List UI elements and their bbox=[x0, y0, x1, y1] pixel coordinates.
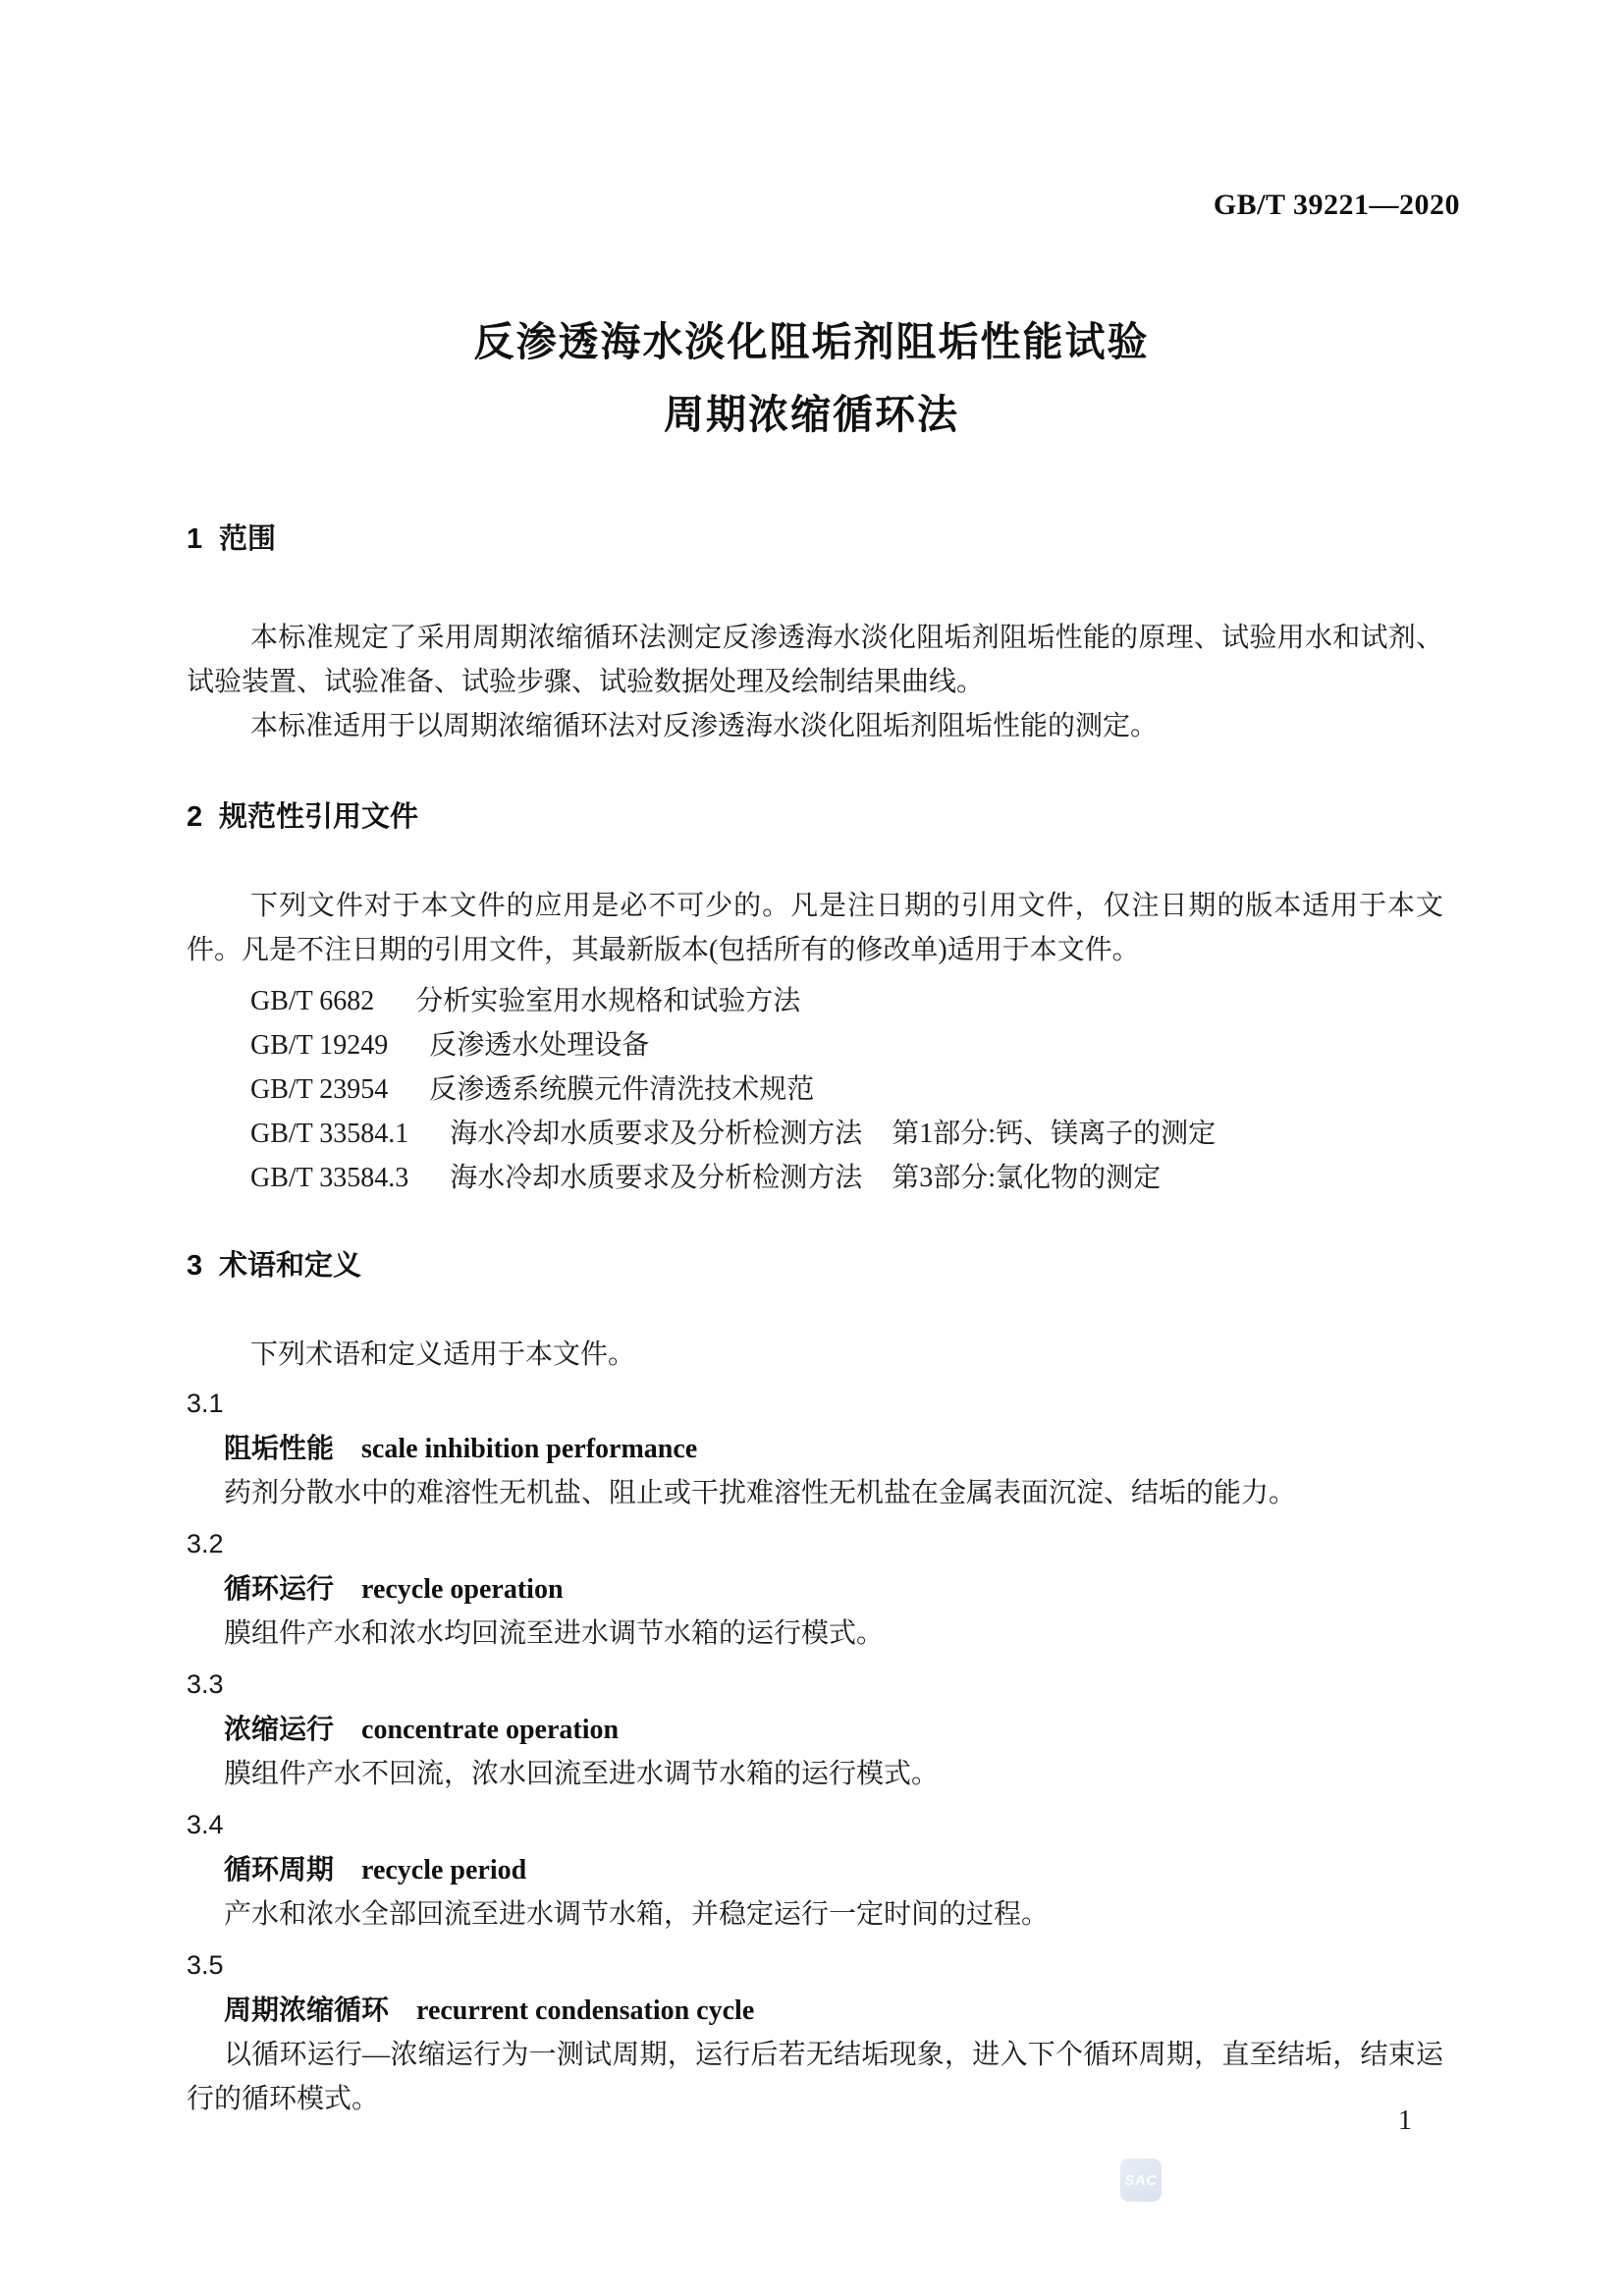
reference-title: 反渗透水处理设备 bbox=[429, 1030, 649, 1061]
sac-logo: SAC bbox=[1120, 2159, 1162, 2202]
term-name-english: scale inhibition performance bbox=[361, 1434, 697, 1464]
term-name: 浓缩运行concentrate operation bbox=[187, 1707, 1443, 1752]
term-name-chinese: 循环运行 bbox=[224, 1573, 334, 1604]
term-definition: 以循环运行—浓缩运行为一测试周期，运行后若无结垢现象，进入下个循环周期，直至结垢… bbox=[187, 2033, 1443, 2121]
term-number: 3.2 bbox=[187, 1522, 1443, 1566]
document-title-line2: 周期浓缩循环法 bbox=[0, 391, 1623, 438]
term-entry: 3.2 循环运行recycle operation 膜组件产水和浓水均回流至进水… bbox=[187, 1522, 1443, 1656]
term-name: 循环运行recycle operation bbox=[187, 1566, 1443, 1612]
term-number: 3.4 bbox=[187, 1803, 1443, 1847]
section-3-number: 3 bbox=[187, 1244, 219, 1288]
document-body: 1范围 本标准规定了采用周期浓缩循环法测定反渗透海水淡化阻垢剂阻垢性能的原理、试… bbox=[187, 518, 1443, 2121]
reference-code: GB/T 6682 bbox=[250, 986, 374, 1016]
section-3-title: 术语和定义 bbox=[219, 1250, 361, 1282]
term-name-english: recycle period bbox=[361, 1855, 526, 1886]
document-page: GB/T 39221—2020 反渗透海水淡化阻垢剂阻垢性能试验 周期浓缩循环法… bbox=[0, 0, 1623, 2296]
term-number: 3.1 bbox=[187, 1382, 1443, 1426]
term-name-chinese: 周期浓缩循环 bbox=[224, 1995, 389, 2025]
reference-item: GB/T 19249反渗透水处理设备 bbox=[187, 1023, 1443, 1067]
term-name-english: recycle operation bbox=[361, 1574, 564, 1605]
section-1-heading: 1范围 bbox=[187, 518, 1443, 562]
doc-number: GB/T 39221—2020 bbox=[1214, 189, 1460, 222]
reference-code: GB/T 33584.3 bbox=[250, 1163, 408, 1193]
reference-title: 反渗透系统膜元件清洗技术规范 bbox=[429, 1074, 814, 1105]
term-name: 阻垢性能scale inhibition performance bbox=[187, 1426, 1443, 1471]
reference-code: GB/T 19249 bbox=[250, 1030, 388, 1061]
reference-title: 分析实验室用水规格和试验方法 bbox=[415, 986, 800, 1016]
term-definition: 膜组件产水和浓水均回流至进水调节水箱的运行模式。 bbox=[187, 1612, 1443, 1656]
reference-item: GB/T 33584.3海水冷却水质要求及分析检测方法第3部分:氯化物的测定 bbox=[187, 1156, 1443, 1200]
sac-logo-text: SAC bbox=[1124, 2172, 1157, 2189]
reference-code: GB/T 23954 bbox=[250, 1074, 388, 1105]
section-2-paragraph-1: 下列文件对于本文件的应用是必不可少的。凡是注日期的引用文件，仅注日期的版本适用于… bbox=[187, 884, 1443, 972]
section-1-paragraph-2: 本标准适用于以周期浓缩循环法对反渗透海水淡化阻垢剂阻垢性能的测定。 bbox=[187, 704, 1443, 748]
reference-item: GB/T 33584.1海水冷却水质要求及分析检测方法第1部分:钙、镁离子的测定 bbox=[187, 1112, 1443, 1156]
section-2-number: 2 bbox=[187, 795, 219, 840]
reference-code: GB/T 33584.1 bbox=[250, 1119, 408, 1149]
document-title-line1: 反渗透海水淡化阻垢剂阻垢性能试验 bbox=[0, 318, 1623, 365]
reference-part: 第3部分:氯化物的测定 bbox=[892, 1163, 1161, 1193]
term-definition: 膜组件产水不回流，浓水回流至进水调节水箱的运行模式。 bbox=[187, 1752, 1443, 1796]
term-entry: 3.4 循环周期recycle period 产水和浓水全部回流至进水调节水箱，… bbox=[187, 1803, 1443, 1937]
term-name: 周期浓缩循环recurrent condensation cycle bbox=[187, 1988, 1443, 2033]
reference-title: 海水冷却水质要求及分析检测方法 bbox=[450, 1163, 862, 1193]
section-1-paragraph-1: 本标准规定了采用周期浓缩循环法测定反渗透海水淡化阻垢剂阻垢性能的原理、试验用水和… bbox=[187, 616, 1443, 704]
section-2-heading: 2规范性引用文件 bbox=[187, 795, 1443, 840]
term-entry: 3.1 阻垢性能scale inhibition performance 药剂分… bbox=[187, 1382, 1443, 1515]
document-title: 反渗透海水淡化阻垢剂阻垢性能试验 周期浓缩循环法 bbox=[0, 318, 1623, 438]
term-entry: 3.3 浓缩运行concentrate operation 膜组件产水不回流，浓… bbox=[187, 1663, 1443, 1796]
term-definition: 产水和浓水全部回流至进水调节水箱，并稳定运行一定时间的过程。 bbox=[187, 1892, 1443, 1937]
reference-title: 海水冷却水质要求及分析检测方法 bbox=[450, 1119, 862, 1149]
term-name-chinese: 浓缩运行 bbox=[224, 1714, 334, 1744]
section-1-number: 1 bbox=[187, 518, 219, 562]
section-3-heading: 3术语和定义 bbox=[187, 1244, 1443, 1288]
section-3-intro: 下列术语和定义适用于本文件。 bbox=[187, 1333, 1443, 1377]
term-name-chinese: 循环周期 bbox=[224, 1854, 334, 1885]
term-entry: 3.5 周期浓缩循环recurrent condensation cycle 以… bbox=[187, 1943, 1443, 2121]
term-name-english: recurrent condensation cycle bbox=[416, 1995, 754, 2026]
reference-item: GB/T 23954反渗透系统膜元件清洗技术规范 bbox=[187, 1067, 1443, 1112]
term-number: 3.5 bbox=[187, 1943, 1443, 1988]
reference-part: 第1部分:钙、镁离子的测定 bbox=[892, 1119, 1216, 1149]
term-name: 循环周期recycle period bbox=[187, 1847, 1443, 1892]
section-2-title: 规范性引用文件 bbox=[219, 801, 418, 833]
term-definition: 药剂分散水中的难溶性无机盐、阻止或干扰难溶性无机盐在金属表面沉淀、结垢的能力。 bbox=[187, 1471, 1443, 1515]
reference-item: GB/T 6682分析实验室用水规格和试验方法 bbox=[187, 979, 1443, 1023]
reference-list: GB/T 6682分析实验室用水规格和试验方法 GB/T 19249反渗透水处理… bbox=[187, 979, 1443, 1200]
term-name-chinese: 阻垢性能 bbox=[224, 1433, 334, 1463]
term-name-english: concentrate operation bbox=[361, 1715, 619, 1745]
page-number: 1 bbox=[1398, 2105, 1412, 2137]
section-1-title: 范围 bbox=[219, 523, 276, 555]
term-number: 3.3 bbox=[187, 1663, 1443, 1707]
